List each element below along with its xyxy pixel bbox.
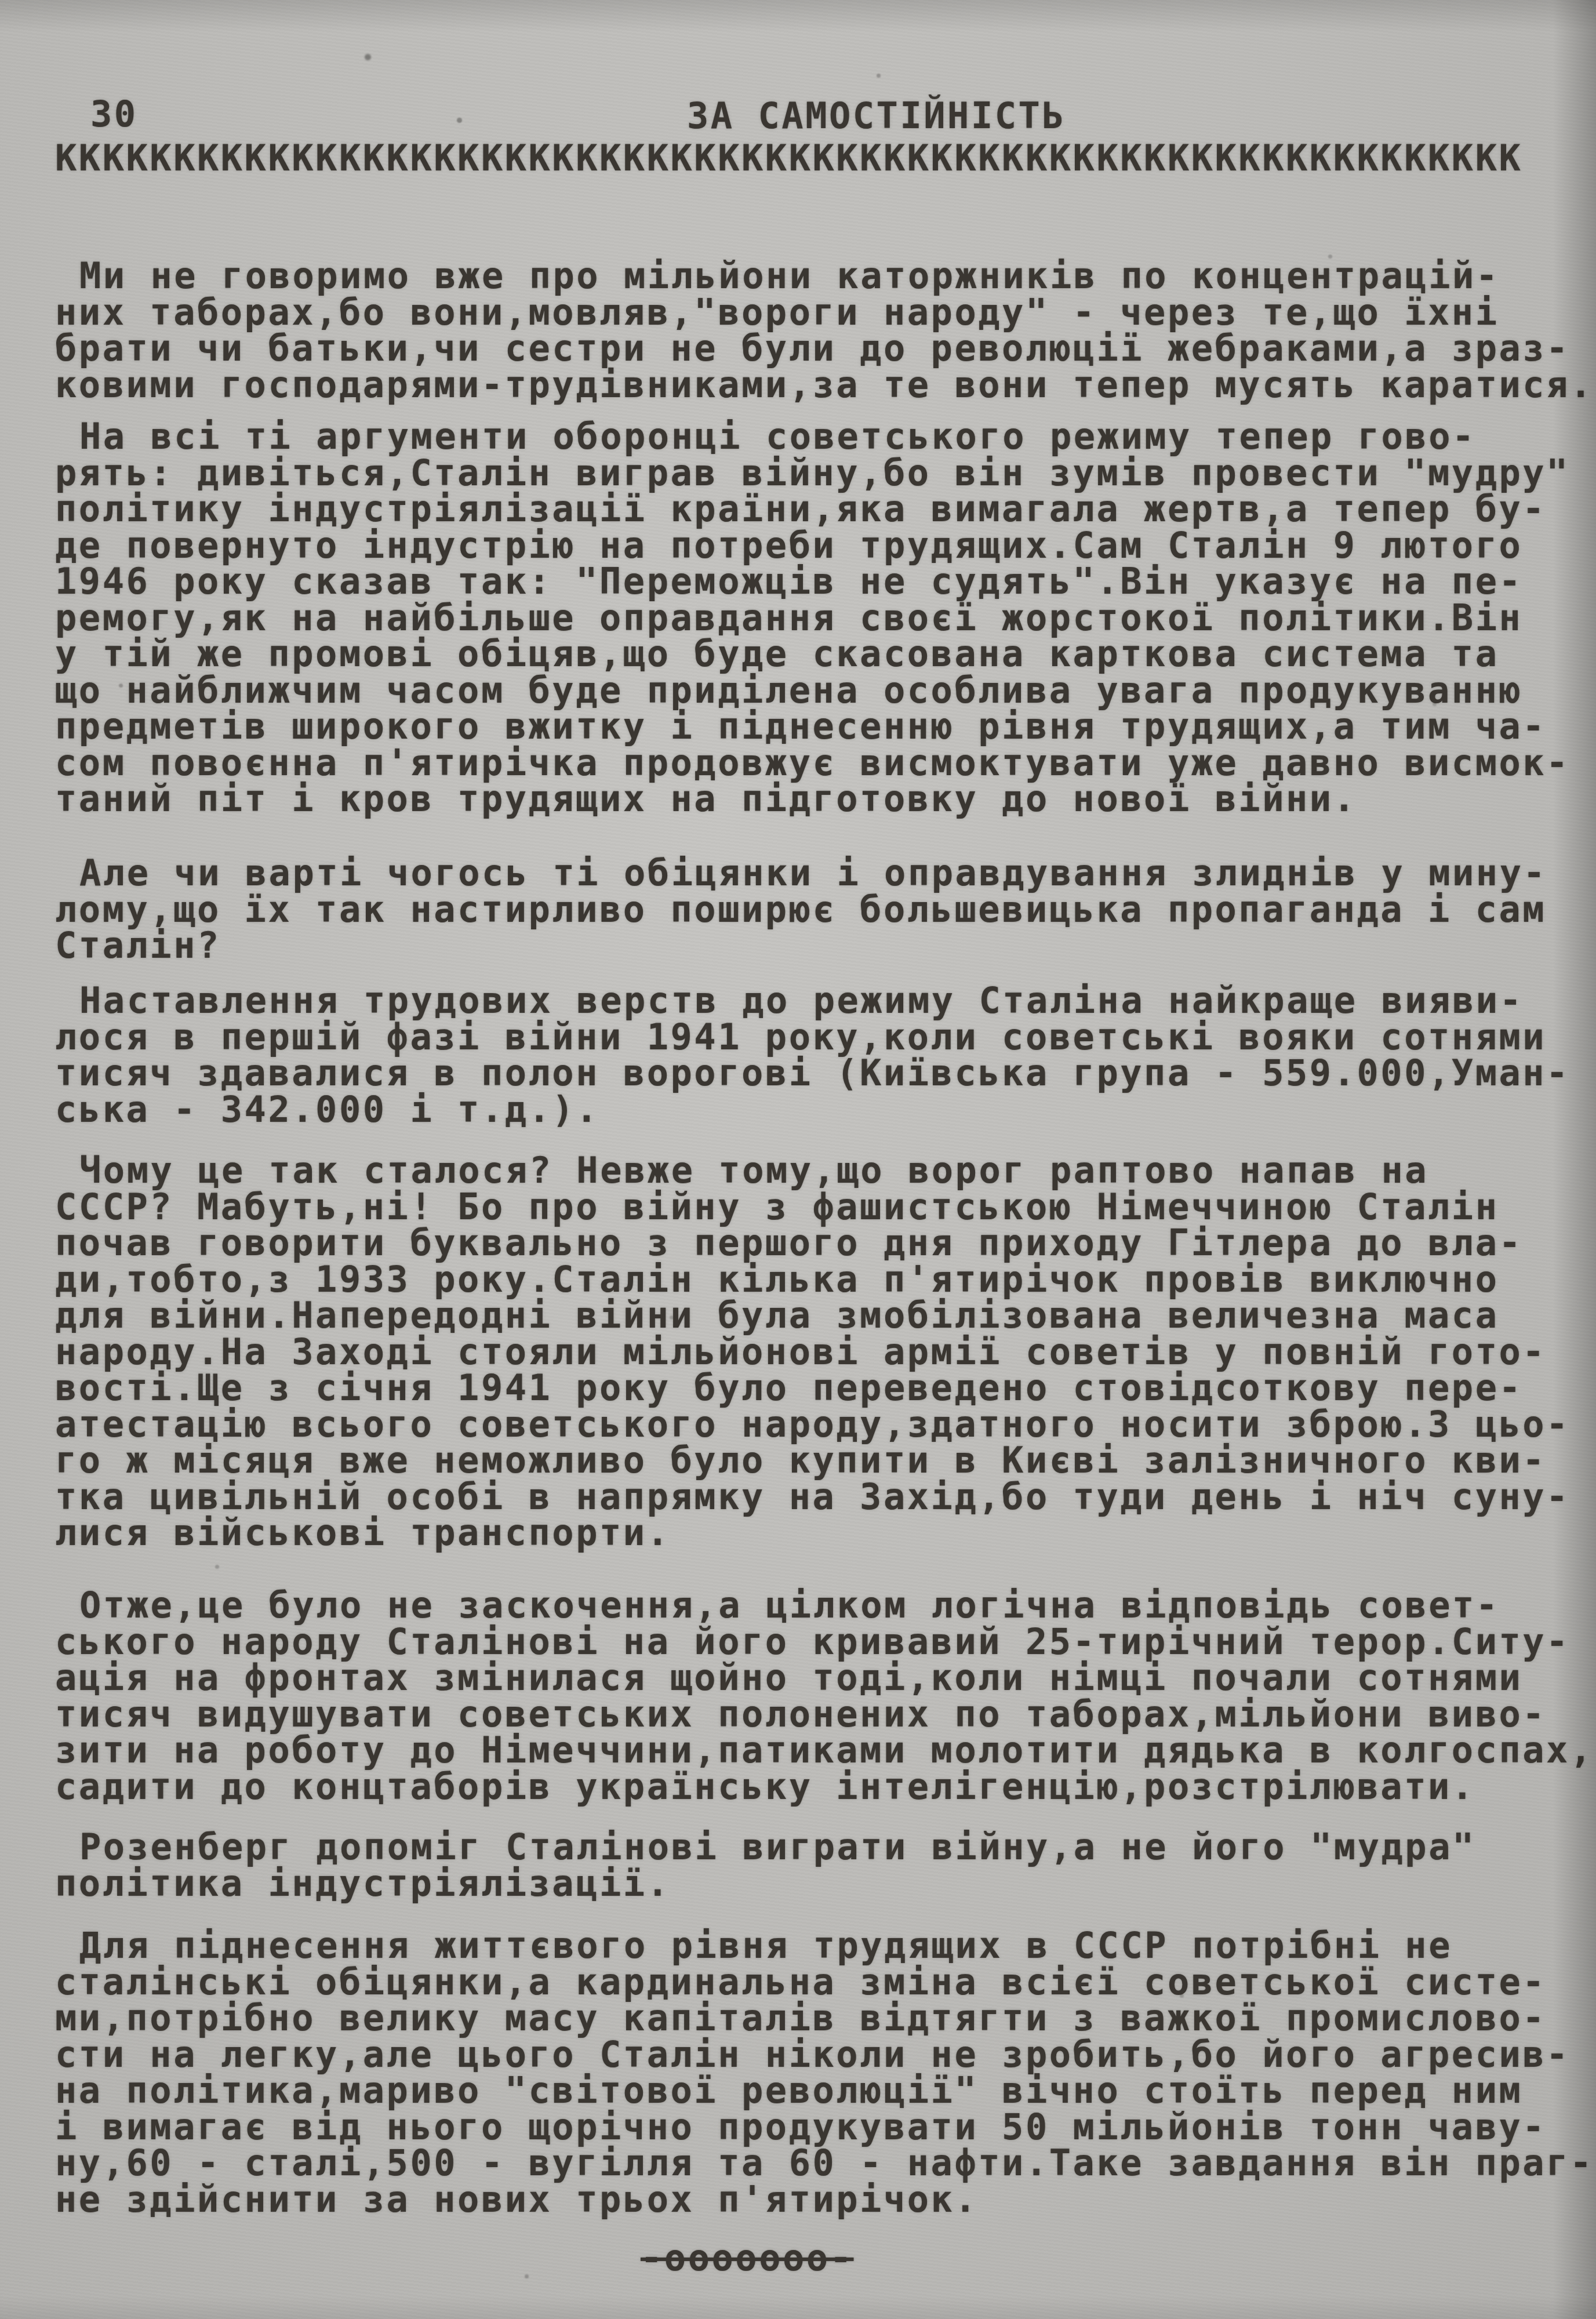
text-line: народу.На Заході стояли мільйонові армії… [55, 1334, 1545, 1371]
text-line: де повернуто індустрію на потреби трудящ… [55, 528, 1545, 564]
text-line: що найближчим часом буде приділена особл… [55, 673, 1545, 709]
text-line: Чому це так сталося? Невже тому,що ворог… [55, 1153, 1545, 1189]
text-line: Розенберг допоміг Сталінові виграти війн… [55, 1829, 1545, 1866]
text-line: ремогу,як на найбільше оправдання своєї … [55, 600, 1545, 637]
text-line: рять: дивіться,Сталін виграв війну,бо ві… [55, 455, 1545, 492]
scan-edge-shadow-top [0, 0, 1596, 32]
paragraph-7: Розенберг допоміг Сталінові виграти війн… [55, 1829, 1545, 1902]
text-line: ського народу Сталінові на його кривавий… [55, 1624, 1545, 1660]
paragraph-2: На всі ті аргументи оборонці советського… [55, 419, 1545, 817]
text-line: ну,60 - сталі,500 - вугілля та 60 - нафт… [55, 2145, 1545, 2182]
paragraph-1: Ми не говоримо вже про мільйони каторжни… [55, 258, 1545, 403]
paragraph-6: Отже,це було не заскочення,а цілком логі… [55, 1587, 1545, 1805]
text-line: Отже,це було не заскочення,а цілком логі… [55, 1587, 1545, 1624]
scan-edge-shadow-right [1553, 0, 1596, 2319]
text-line: сти на легку,але цього Сталін ніколи не … [55, 2037, 1545, 2073]
text-line: ми,потрібно велику масу капіталів відтяг… [55, 2000, 1545, 2037]
text-line: садити до концтаборів українську інтеліг… [55, 1769, 1545, 1805]
text-line: тка цивільній особі в напрямку на Захід,… [55, 1479, 1545, 1515]
text-line: сом повоєнна п'ятирічка продовжує висмок… [55, 745, 1545, 782]
paragraph-4: Наставлення трудових верств до режиму Ст… [55, 983, 1545, 1128]
text-line: Ми не говоримо вже про мільйони каторжни… [55, 258, 1545, 295]
text-line: не здійснити за нових трьох п'ятирічок. [55, 2182, 1545, 2218]
text-line: 1946 року сказав так: "Переможців не суд… [55, 564, 1545, 600]
text-line: лому,що їх так настирливо поширює больше… [55, 892, 1545, 928]
text-line: ація на фронтах змінилася щойно тоді,кол… [55, 1660, 1545, 1696]
text-line: ська - 342.000 і т.д.). [55, 1092, 1545, 1128]
page-number: 30 [90, 93, 138, 135]
text-line: на політика,мариво "світової революції" … [55, 2073, 1545, 2109]
text-line: лися військові транспорти. [55, 1515, 1545, 1551]
text-line: політику індустріялізації країни,яка вим… [55, 491, 1545, 528]
text-line: ди,тобто,з 1933 року.Сталін кілька п'яти… [55, 1262, 1545, 1298]
text-line: Для піднесення життєвого рівня трудящих … [55, 1928, 1545, 1964]
text-line: політика індустріялізації. [55, 1866, 1545, 1902]
text-line: і вимагає від нього щорічно продукувати … [55, 2109, 1545, 2146]
text-line: таний піт і кров трудящих на підготовку … [55, 781, 1545, 817]
paragraph-8: Для піднесення життєвого рівня трудящих … [55, 1928, 1545, 2218]
text-line: тисяч видушувати советських полонених по… [55, 1696, 1545, 1733]
paragraph-3: Але чи варті чогось ті обіцянки і оправд… [55, 855, 1545, 964]
text-line: вості.Ще з січня 1941 року було переведе… [55, 1370, 1545, 1406]
text-line: На всі ті аргументи оборонці советського… [55, 419, 1545, 455]
paragraph-5: Чому це так сталося? Невже тому,що ворог… [55, 1153, 1545, 1551]
text-line: зити на роботу до Німеччини,патиками мол… [55, 1732, 1545, 1769]
text-line: сталінські обіцянки,а кардинальна зміна … [55, 1964, 1545, 2001]
scanned-typewritten-page: { "header": { "page_number": "30", "titl… [0, 0, 1596, 2319]
text-line: го ж місяця вже неможливо було купити в … [55, 1442, 1545, 1479]
page-title: ЗА САМОСТІЙНІСТЬ [687, 94, 1066, 137]
text-line: Наставлення трудових верств до режиму Ст… [55, 983, 1545, 1019]
text-line: атестацію всього советського народу,здат… [55, 1406, 1545, 1443]
text-line: предметів широкого вжитку і піднесенню р… [55, 708, 1545, 745]
text-line: почав говорити буквально з першого дня п… [55, 1225, 1545, 1262]
scan-edge-shadow-bottom [0, 2296, 1596, 2319]
text-line: Але чи варті чогось ті обіцянки і оправд… [55, 855, 1545, 892]
text-line: тисяч здавалися в полон ворогові (Київсь… [55, 1055, 1545, 1092]
text-line: для війни.Напередодні війни була змобілі… [55, 1297, 1545, 1334]
end-of-article-mark: -ооооооо- [641, 2237, 853, 2279]
text-line: Сталін? [55, 928, 1545, 964]
text-line: у тій же промові обіцяв,що буде скасован… [55, 636, 1545, 673]
text-line: лося в першій фазі війни 1941 року,коли … [55, 1019, 1545, 1056]
text-line: брати чи батьки,чи сестри не були до рев… [55, 330, 1545, 367]
text-line: СССР? Мабуть,ні! Бо про війну з фашистсь… [55, 1189, 1545, 1226]
header-divider: КККККККККККККККККККККККККККККККККККККККК… [55, 137, 1522, 179]
text-line: ковими господарями-трудівниками,за те во… [55, 367, 1545, 404]
text-line: них таборах,бо вони,мовляв,"вороги народ… [55, 295, 1545, 331]
